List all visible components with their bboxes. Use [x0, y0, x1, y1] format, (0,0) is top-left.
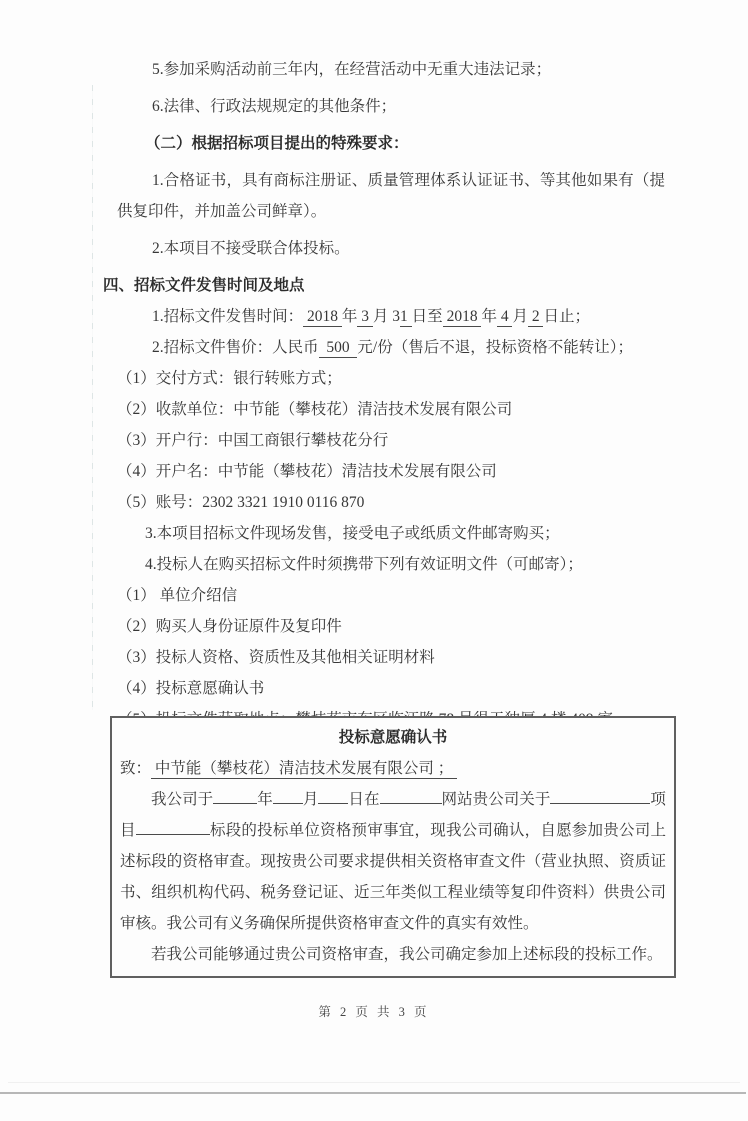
text-segment: 月	[303, 791, 319, 808]
blank-fill-in-field	[318, 787, 348, 804]
sub-4-account-name: （4）开户名：中节能（攀枝花）清洁技术发展有限公司	[117, 456, 665, 487]
sub-2-payee-unit: （2）收款单位：中节能（攀枝花）清洁技术发展有限公司	[117, 394, 665, 425]
page-number-footer: 第 2 页 共 3 页	[0, 1002, 748, 1020]
item-2-no-consortium: 2.本项目不接受联合体投标。	[117, 233, 665, 264]
text-segment: 年	[481, 308, 497, 325]
text-segment: 3	[357, 308, 373, 327]
box-closing-paragraph: 若我公司能够通过贵公司资格审查，我公司确定参加上述标段的投标工作。	[120, 939, 666, 970]
item-2-sale-price: 2.招标文件售价：人民币 500 元/份（售后不退，投标资格不能转让）；	[117, 332, 665, 363]
item-3-onsite-sale: 3.本项目招标文件现场发售，接受电子或纸质文件邮寄购买；	[117, 518, 665, 549]
text-segment: （1） 单位介绍信	[117, 587, 237, 604]
blank-fill-in-field	[380, 787, 442, 804]
text-segment: 4.投标人在购买招标文件时须携带下列有效证明文件（可邮寄）；	[145, 556, 583, 573]
text-segment: 中节能（攀枝花）清洁技术发展有限公司 ；	[151, 760, 457, 779]
scan-artifact-bottom-edge	[0, 1092, 746, 1094]
text-segment: 网站贵公司关于	[442, 791, 551, 808]
text-segment: 日止；	[543, 308, 590, 325]
doc-2-id-card: （2）购买人身份证原件及复印件	[117, 611, 665, 642]
text-segment: 2	[528, 308, 544, 327]
text-segment: 年	[342, 308, 358, 325]
document-body: 5.参加采购活动前三年内，在经营活动中无重大违法记录；6.法律、行政法规规定的其…	[0, 0, 748, 735]
text-segment: （3）开户行：中国工商银行攀枝花分行	[117, 432, 388, 449]
text-segment: 2.招标文件售价：人民币	[152, 339, 319, 356]
text-segment: 年	[257, 791, 273, 808]
text-segment: （3）投标人资格、资质性及其他相关证明材料	[117, 649, 435, 666]
blank-fill-in-field	[273, 787, 303, 804]
item-1-sale-time: 1.招标文件发售时间： 2018 年 3 月 31 日至 2018 年 4 月 …	[117, 301, 665, 332]
confirmation-letter-body: 致： 中节能（攀枝花）清洁技术发展有限公司 ； 我公司于年月日在网站贵公司关于项…	[120, 753, 666, 970]
sub-3-bank-branch: （3）开户行：中国工商银行攀枝花分行	[117, 425, 665, 456]
bid-confirmation-letter-box: 投标意愿确认书 致： 中节能（攀枝花）清洁技术发展有限公司 ； 我公司于年月日在…	[110, 716, 676, 978]
box-addressee-line: 致： 中节能（攀枝花）清洁技术发展有限公司 ；	[120, 753, 666, 784]
text-segment: 标段的投标单位资格预审事宜，现我公司确认，自愿参加贵公司上述标段的资格审查。现按…	[120, 822, 666, 932]
box-declaration-paragraph: 我公司于年月日在网站贵公司关于项目标段的投标单位资格预审事宜，现我公司确认，自愿…	[120, 784, 666, 939]
text-segment: 四、招标文件发售时间及地点	[103, 277, 305, 294]
item-5-no-illegal-record: 5.参加采购活动前三年内，在经营活动中无重大违法记录；	[117, 54, 665, 85]
text-segment: 1.合格证书，具有商标注册证、质量管理体系认证证书、等其他如果有（提供复印件，并…	[117, 172, 665, 220]
text-segment: 致：	[120, 760, 151, 777]
blank-fill-in-field	[550, 787, 650, 804]
text-segment: （4）投标意愿确认书	[117, 680, 264, 697]
text-segment: 元/份（售后不退，投标资格不能转让）；	[357, 339, 633, 356]
doc-3-qualification-materials: （3）投标人资格、资质性及其他相关证明材料	[117, 642, 665, 673]
text-segment: 若我公司能够通过贵公司资格审查，我公司确定参加上述标段的投标工作。	[151, 946, 663, 963]
blank-fill-in-field	[213, 787, 257, 804]
text-segment: 6.法律、行政法规规定的其他条件；	[152, 98, 396, 115]
blank-fill-in-field	[136, 818, 210, 835]
doc-1-introduction-letter: （1） 单位介绍信	[117, 580, 665, 611]
confirmation-letter-title: 投标意愿确认书	[120, 722, 666, 753]
text-segment: （1）交付方式：银行转账方式；	[117, 370, 342, 387]
text-segment: 2.本项目不接受联合体投标。	[152, 240, 350, 257]
text-segment: （5）账号：2302 3321 1910 0116 870	[117, 494, 364, 511]
item-6-other-legal-conditions: 6.法律、行政法规规定的其他条件；	[117, 91, 665, 122]
heading-special-requirements: （二）根据招标项目提出的特殊要求：	[117, 128, 665, 159]
text-segment: 1	[400, 308, 412, 327]
text-segment: 2018	[303, 308, 342, 327]
text-segment: （2）购买人身份证原件及复印件	[117, 618, 342, 635]
document-page: 5.参加采购活动前三年内，在经营活动中无重大违法记录；6.法律、行政法规规定的其…	[0, 0, 748, 1121]
text-segment: 1.招标文件发售时间：	[152, 308, 303, 325]
text-segment: 月 3	[373, 308, 400, 325]
text-segment: （2）收款单位：中节能（攀枝花）清洁技术发展有限公司	[117, 401, 512, 418]
text-segment: （二）根据招标项目提出的特殊要求：	[145, 135, 409, 152]
text-segment: 2018	[443, 308, 482, 327]
text-segment: 500	[319, 339, 358, 358]
text-segment: 5.参加采购活动前三年内，在经营活动中无重大违法记录；	[152, 61, 551, 78]
text-segment: 我公司于	[151, 791, 213, 808]
sub-5-account-number: （5）账号：2302 3321 1910 0116 870	[117, 487, 665, 518]
item-1-certificates: 1.合格证书，具有商标注册证、质量管理体系认证证书、等其他如果有（提供复印件，并…	[117, 165, 665, 227]
text-segment: 月	[512, 308, 528, 325]
text-segment: （4）开户名：中节能（攀枝花）清洁技术发展有限公司	[117, 463, 497, 480]
text-segment: 4	[497, 308, 513, 327]
heading-section-4-sale-time-place: 四、招标文件发售时间及地点	[103, 270, 665, 301]
text-segment: 日在	[348, 791, 379, 808]
text-segment: 3.本项目招标文件现场发售，接受电子或纸质文件邮寄购买；	[145, 525, 560, 542]
doc-4-bid-confirmation: （4）投标意愿确认书	[117, 673, 665, 704]
item-4-required-documents: 4.投标人在购买招标文件时须携带下列有效证明文件（可邮寄）；	[117, 549, 665, 580]
scan-artifact-faint-line	[8, 1082, 740, 1083]
text-segment: 日至	[412, 308, 443, 325]
sub-1-payment-method: （1）交付方式：银行转账方式；	[117, 363, 665, 394]
